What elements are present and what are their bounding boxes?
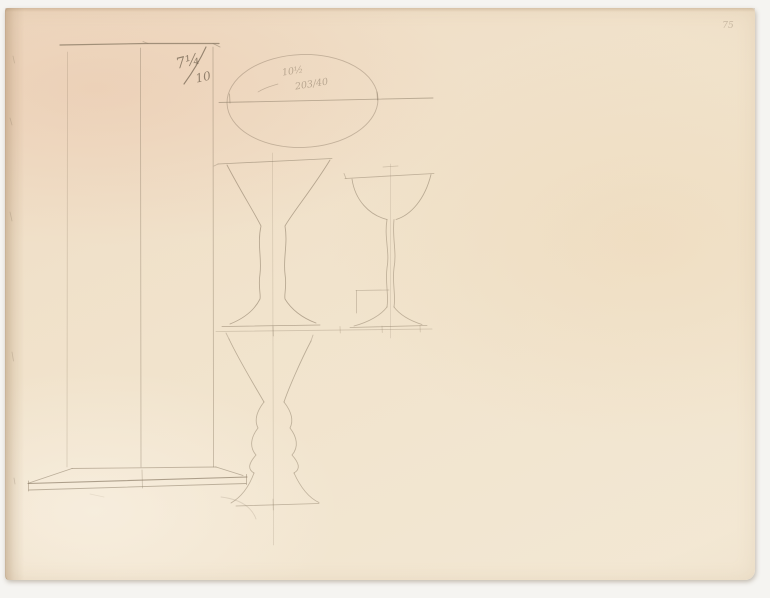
scale-fraction: 7¼ 10 <box>174 47 213 86</box>
tabletop-plan-drawing <box>219 52 433 150</box>
scan-background: 7¼ 10 10½ 203/40 75 <box>0 0 770 598</box>
stray-marks <box>10 56 104 497</box>
scale-fraction-numerator: 7¼ <box>174 50 202 73</box>
plan-note-line2: 203/40 <box>293 76 329 92</box>
page-number: 75 <box>722 21 734 31</box>
plan-note-line1: 10½ <box>281 64 304 78</box>
column-elevation-drawing <box>28 42 256 520</box>
scale-fraction-denominator: 10 <box>194 69 212 86</box>
plan-note: 10½ 203/40 <box>281 64 329 92</box>
goblet-right-drawing <box>344 164 434 338</box>
goblet-left-drawing <box>214 153 432 545</box>
pencil-drawing: 7¼ 10 10½ 203/40 75 <box>0 0 770 598</box>
